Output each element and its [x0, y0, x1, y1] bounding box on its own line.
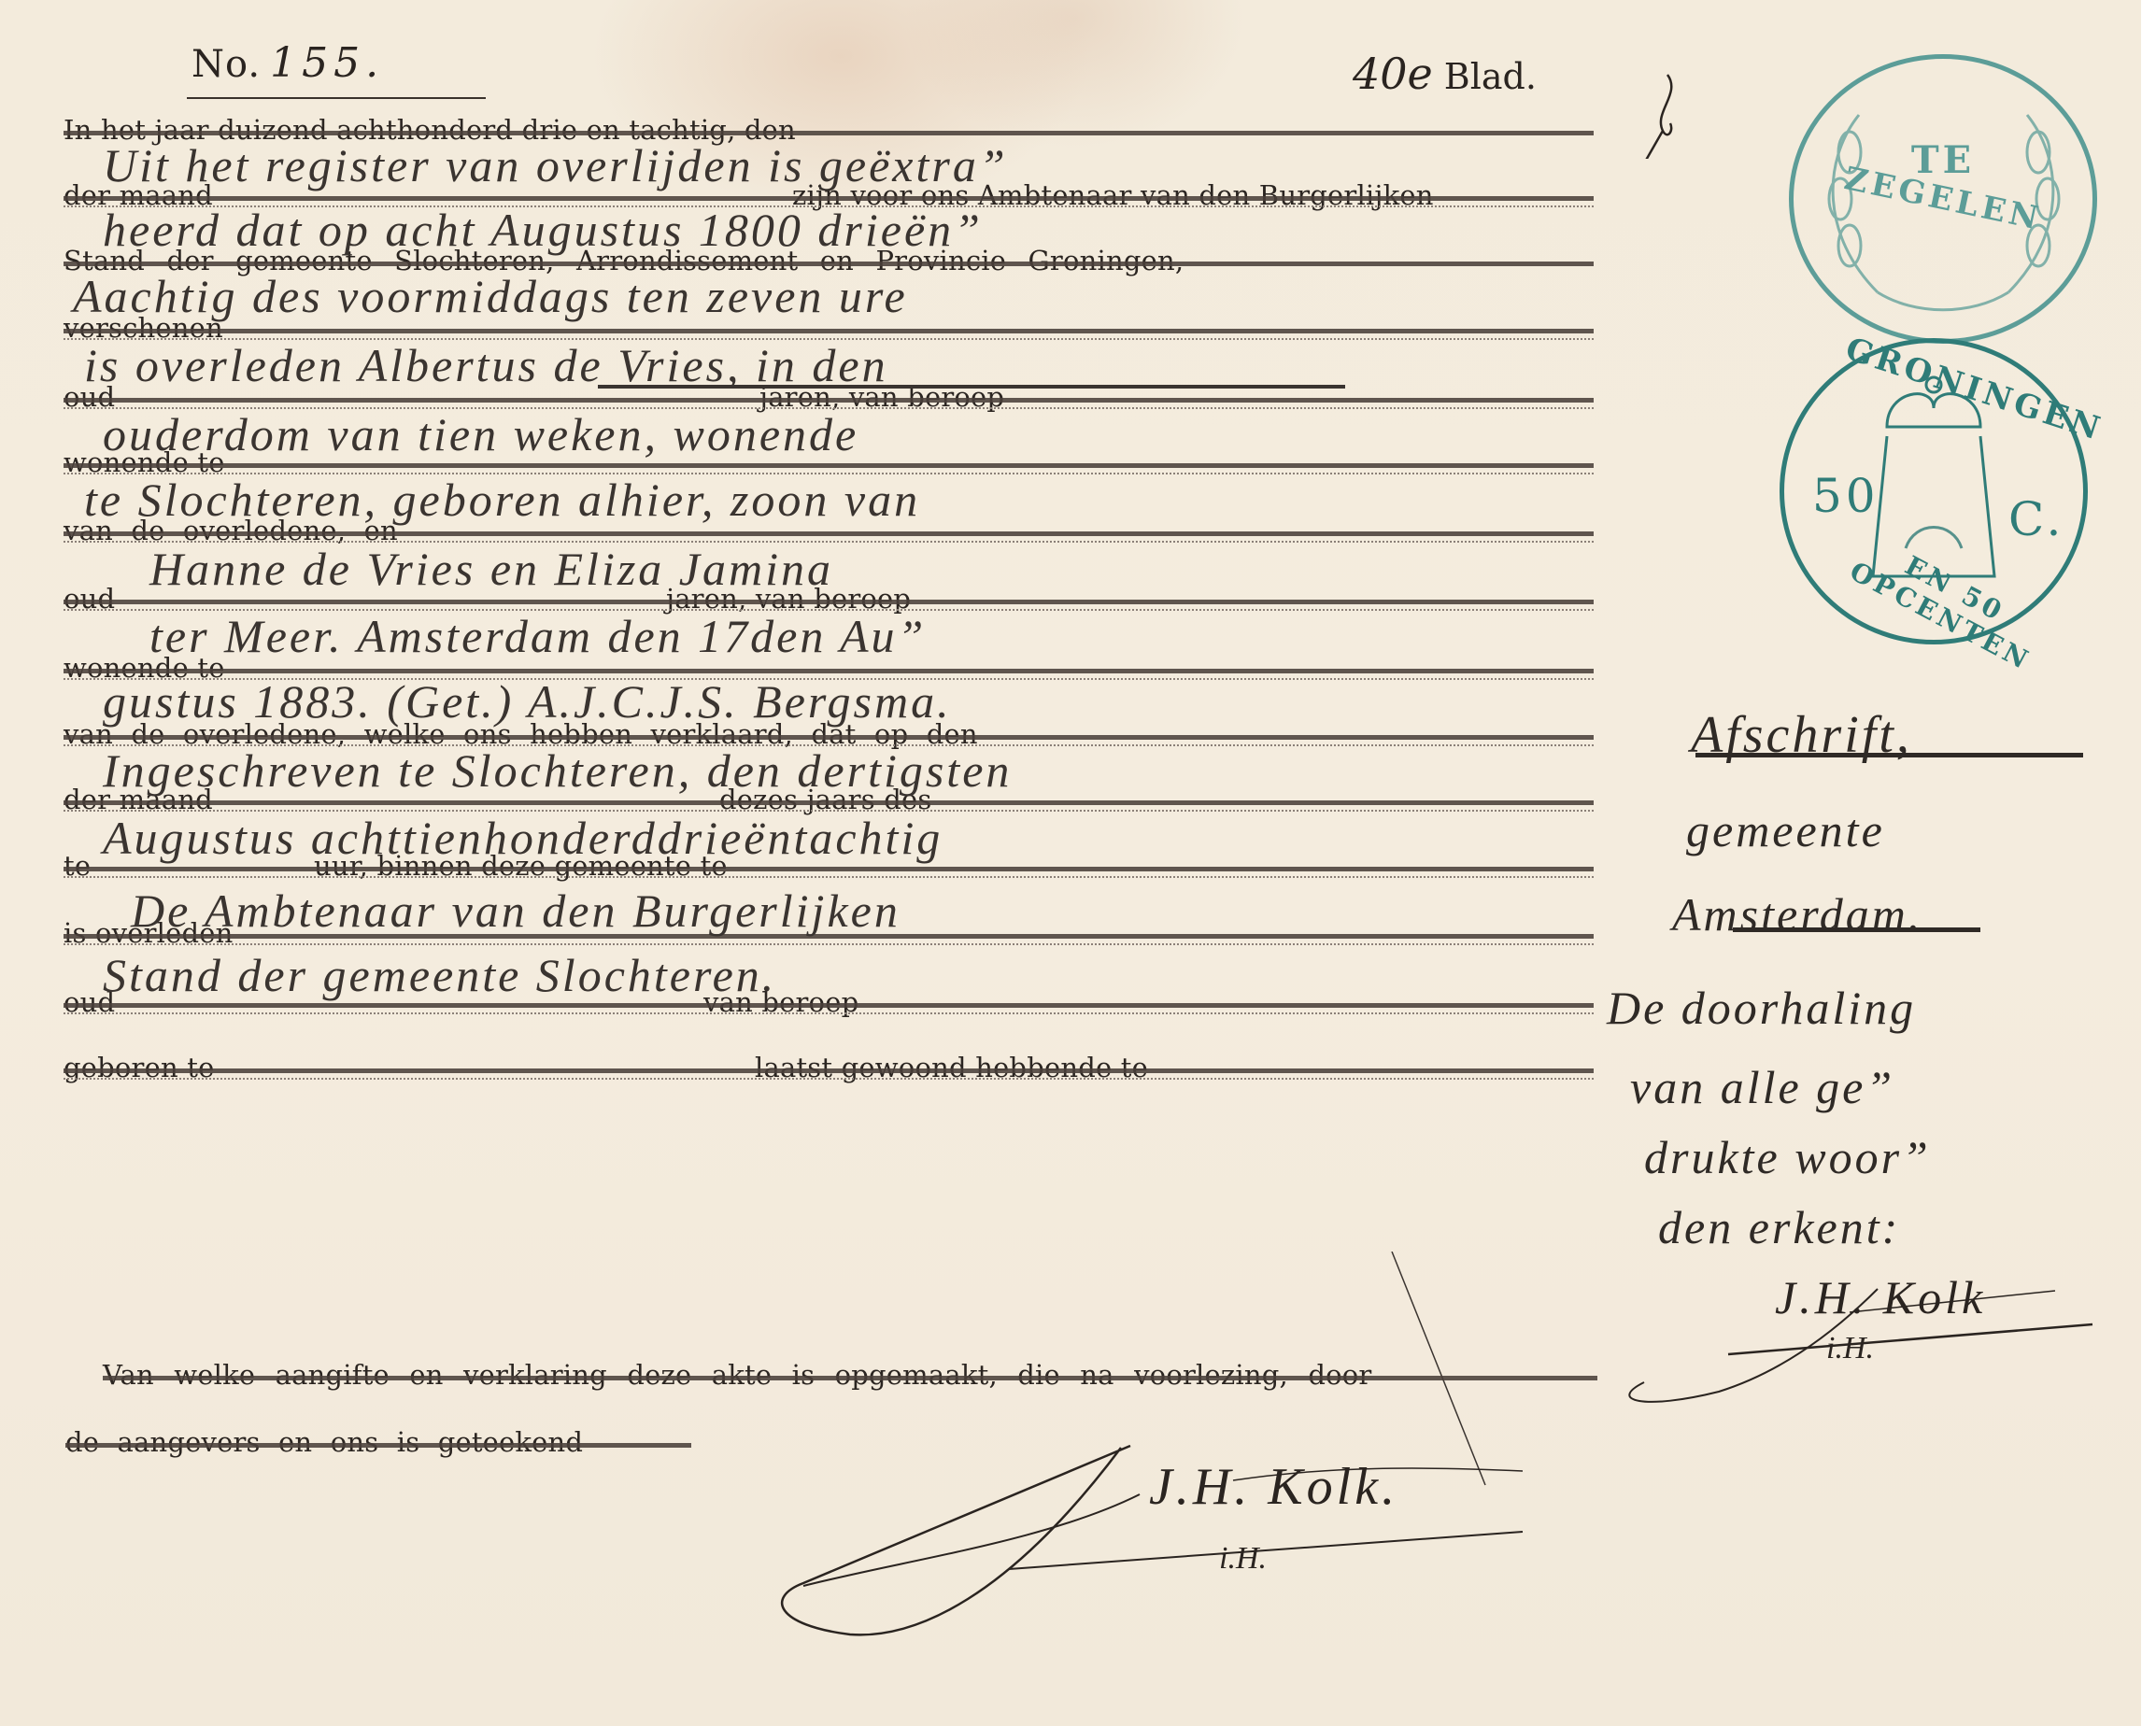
number-label: No. — [191, 43, 261, 86]
margin-note-line: den erkent: — [1658, 1200, 1900, 1254]
strikethrough-line — [64, 262, 1594, 266]
margin-note-line: van alle ge” — [1630, 1060, 1894, 1114]
folio-number: 40e — [1353, 49, 1433, 99]
strikethrough-line — [64, 196, 1594, 201]
handwritten-line: heerd dat op acht Augustus 1800 drieën” — [103, 203, 983, 249]
handwritten-line: gustus 1883. (Get.) A.J.C.J.S. Bergsma. — [103, 674, 952, 721]
number-value: 155. — [270, 39, 384, 87]
closing-printed-line: de aangevers en ons is geteekend — [65, 1426, 673, 1464]
name-underline — [598, 385, 1345, 389]
strikethrough-line — [64, 531, 1594, 536]
folio-text: Blad. — [1444, 56, 1537, 97]
main-signature-flourish-icon — [766, 1438, 1532, 1644]
strikethrough-line — [64, 1003, 1594, 1008]
tax-stamp-groningen: GRONINGEN 50 C. EN 50 OPCENTEN — [1780, 338, 2088, 644]
strikethrough-line — [64, 131, 1594, 135]
document-page: No.155. 40eBlad. In het jaar duizend ach… — [0, 0, 2141, 1726]
strikethrough-line — [65, 1443, 691, 1448]
strikethrough-line — [103, 1376, 1597, 1380]
certificate-number: No.155. — [191, 39, 384, 87]
tax-stamp-te-zegelen: TE ZEGELEN — [1789, 54, 2097, 344]
margin-note-line: drukte woor” — [1644, 1130, 1931, 1184]
handwritten-line: ouderdom van tien weken, wonende — [103, 407, 858, 454]
handwritten-line: te Slochteren, geboren alhier, zoon van — [84, 473, 920, 519]
pen-mark-icon — [1616, 65, 1709, 159]
strikethrough-line — [64, 669, 1594, 673]
printed-row: geboren te laatst gewoond hebbende te — [64, 1052, 1594, 1089]
strikethrough-line — [64, 329, 1594, 333]
amsterdam-underline — [1733, 927, 1980, 932]
strikethrough-line — [64, 735, 1594, 740]
strikethrough-line — [64, 867, 1594, 871]
margin-note-line: De doorhaling — [1607, 981, 1916, 1035]
closing-printed-line: Van welke aangifte en verklaring deze ak… — [103, 1359, 1597, 1396]
strikethrough-line — [64, 600, 1594, 604]
handwritten-line: Uit het register van overlijden is geëxt… — [103, 138, 1008, 185]
afschrift-underline — [1695, 753, 2083, 757]
handwritten-line: Augustus achttienhonderddrieëntachtig — [103, 811, 943, 857]
handwritten-line: Stand der gemeente Slochteren. — [103, 948, 776, 995]
handwritten-line: Hanne de Vries en Eliza Jamina — [149, 542, 833, 588]
strikethrough-line — [64, 1068, 1594, 1073]
number-underline — [187, 97, 486, 99]
handwritten-line: ter Meer. Amsterdam den 17den Au” — [149, 609, 926, 656]
margin-signature-flourish-icon — [1607, 1280, 2111, 1410]
margin-line: Amsterdam. — [1672, 887, 1922, 941]
handwritten-line: De Ambtenaar van den Burgerlijken — [131, 884, 901, 930]
handwritten-line: is overleden Albertus de Vries, in den — [84, 338, 888, 385]
strikethrough-line — [64, 800, 1594, 805]
strikethrough-line — [64, 398, 1594, 403]
handwritten-line: Aachtig des voormiddags ten zeven ure — [73, 269, 908, 316]
handwritten-line: Ingeschreven te Slochteren, den dertigst… — [103, 743, 1012, 790]
margin-line: gemeente — [1686, 803, 1885, 857]
strikethrough-line — [64, 463, 1594, 468]
folio-label: 40eBlad. — [1353, 49, 1537, 99]
